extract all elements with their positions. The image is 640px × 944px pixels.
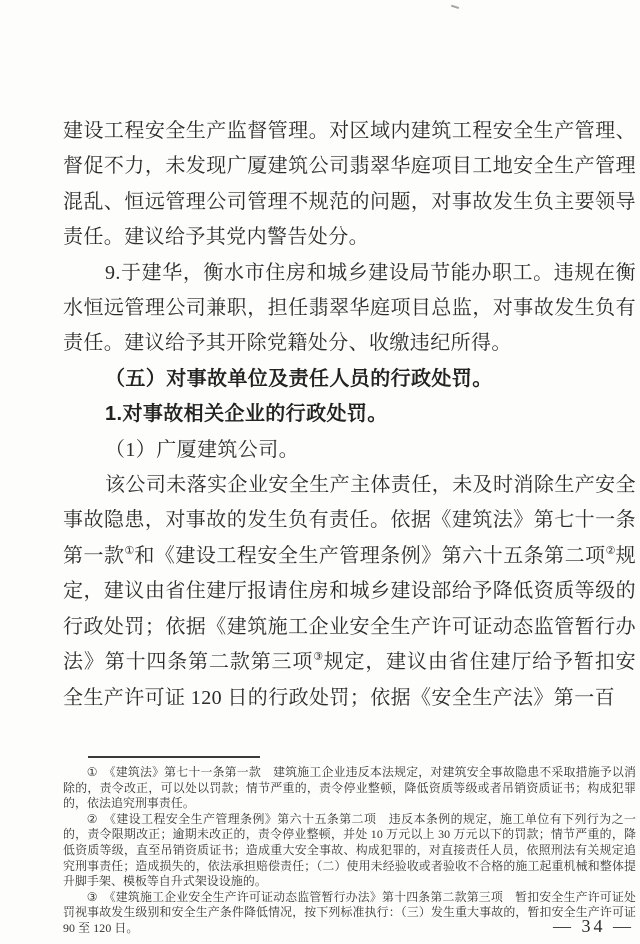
footnote-3-marker: ③ xyxy=(87,890,98,904)
footnote-divider xyxy=(88,756,260,758)
paragraph-penalty-details: 该公司未落实企业安全生产主体责任，未及时消除生产安全事故隐患，对事故的发生负有责… xyxy=(63,468,636,716)
penalty-text-segment-2: 和《建设工程安全生产管理条例》第六十五条第二项 xyxy=(134,545,605,567)
document-page: 建设工程安全生产监督管理。对区域内建筑工程安全生产管理、督促不力，未发现广厦建筑… xyxy=(0,0,640,944)
footnote-1-marker: ① xyxy=(87,765,98,779)
footnote-1-text: 《建筑法》第七十一条第一款 建筑施工企业违反本法规定，对建筑安全事故隐患不采取措… xyxy=(63,765,636,810)
section-heading-administrative-penalty: （五）对事故单位及责任人员的行政处罚。 xyxy=(63,362,636,397)
footnote-section: ①《建筑法》第七十一条第一款 建筑施工企业违反本法规定，对建筑安全事故隐患不采取… xyxy=(63,756,636,937)
footnote-1: ①《建筑法》第七十一条第一款 建筑施工企业违反本法规定，对建筑安全事故隐患不采取… xyxy=(63,765,636,812)
page-number: — 34 — xyxy=(553,916,634,937)
footnote-2: ②《建设工程安全生产管理条例》第六十五条第二项 违反本条例的规定，施工单位有下列… xyxy=(63,812,636,890)
scan-artifact-mark xyxy=(451,0,461,9)
body-text: 建设工程安全生产监督管理。对区域内建筑工程安全生产管理、督促不力，未发现广厦建筑… xyxy=(63,114,636,716)
footnote-ref-1: ① xyxy=(124,545,134,557)
footnote-ref-3: ③ xyxy=(313,651,323,663)
footnote-3-text: 《建筑施工企业安全生产许可证动态监管暂行办法》第十四条第二款第三项 暂扣安全生产… xyxy=(63,890,636,935)
subsection-heading-enterprise-penalty: 1.对事故相关企业的行政处罚。 xyxy=(63,397,636,432)
footnote-2-marker: ② xyxy=(87,812,98,826)
paragraph-person-yu-jianhua: 9.于建华，衡水市住房和城乡建设局节能办职工。违规在衡水恒远管理公司兼职，担任翡… xyxy=(63,256,636,362)
footnote-ref-2: ② xyxy=(606,545,616,557)
footnote-3: ③《建筑施工企业安全生产许可证动态监管暂行办法》第十四条第二款第三项 暂扣安全生… xyxy=(63,890,636,937)
item-heading-guangsha-company: （1）广厦建筑公司。 xyxy=(63,433,636,468)
footnote-2-text: 《建设工程安全生产管理条例》第六十五条第二项 违反本条例的规定，施工单位有下列行… xyxy=(63,812,636,888)
paragraph-continuation: 建设工程安全生产监督管理。对区域内建筑工程安全生产管理、督促不力，未发现广厦建筑… xyxy=(63,114,636,256)
